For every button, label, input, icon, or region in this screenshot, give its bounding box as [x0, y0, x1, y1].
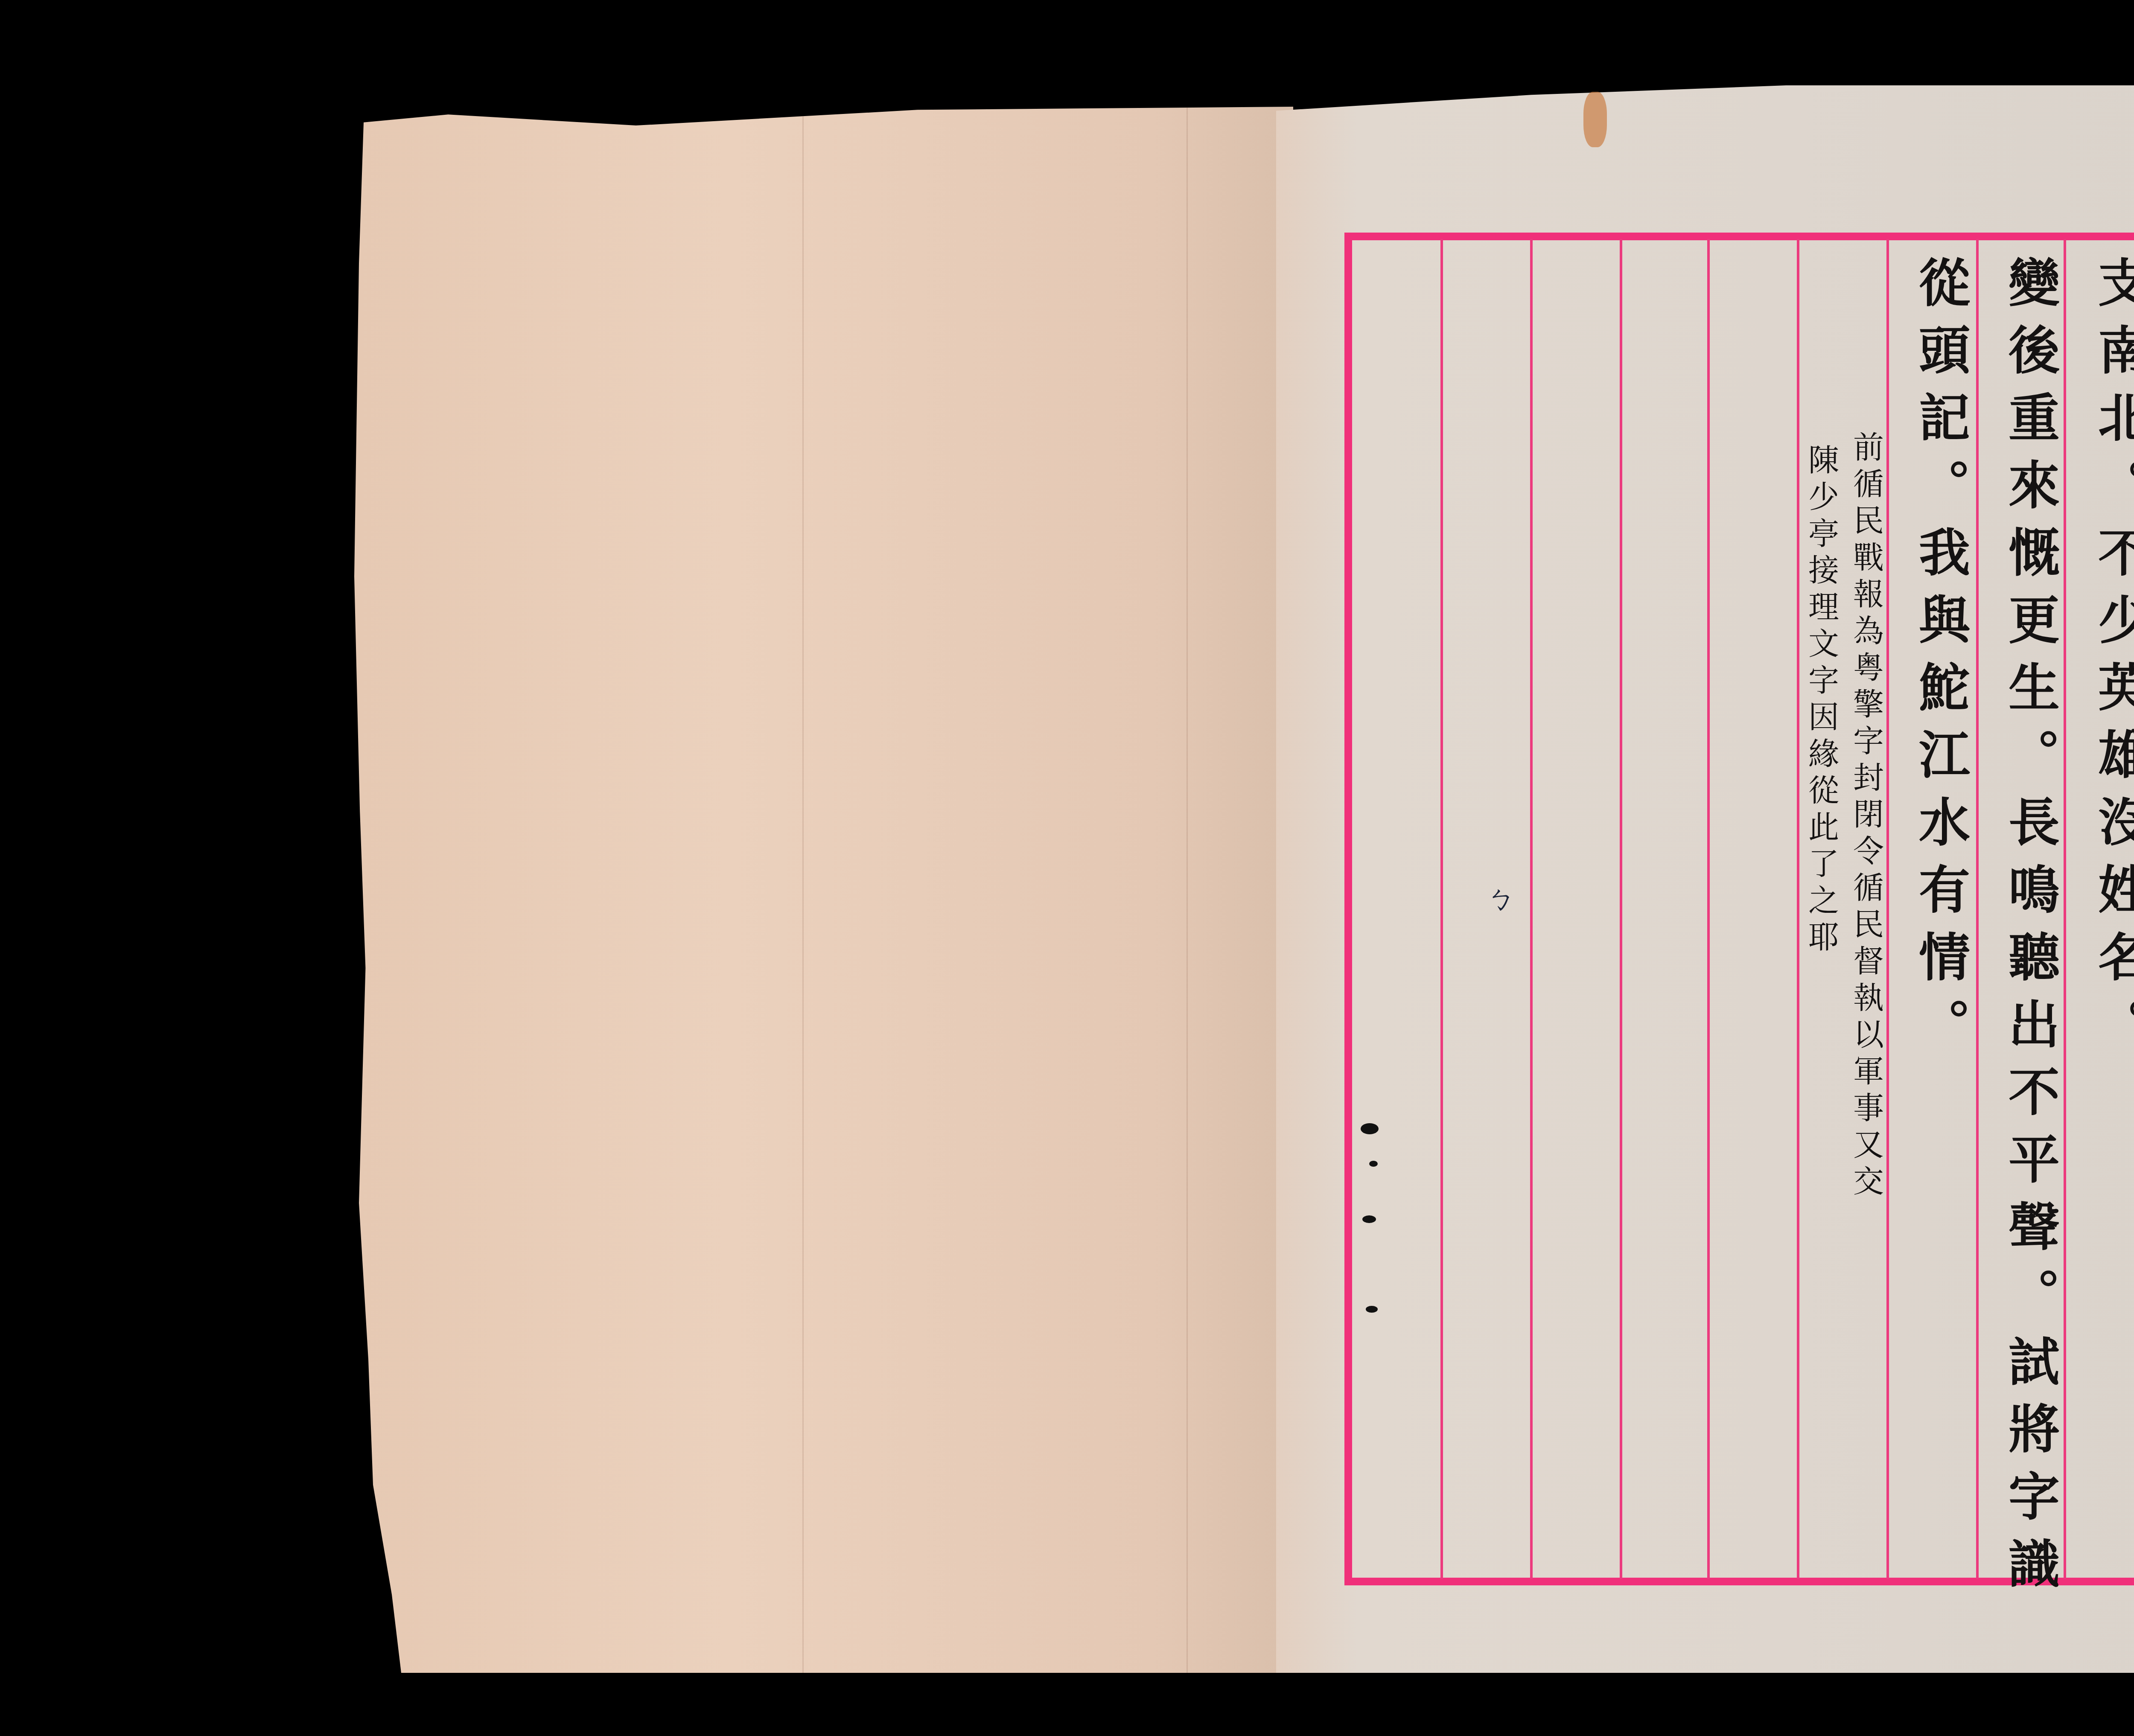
- annotation-left-line: 陳少亭接理文字因緣從此了之耶: [1799, 444, 1843, 958]
- annotation-right-line: 前循民戰報為粤擎字封閉令循民督執以軍事又交: [1844, 431, 1888, 1202]
- page-fold-line: [802, 107, 804, 1673]
- ink-dot: [1366, 1306, 1378, 1313]
- ink-dot: [1361, 1123, 1379, 1134]
- text-column-2: 支南北。不少英雄沒姓名。: [2083, 256, 2134, 1065]
- margin-mark: ㄅ: [1485, 875, 1515, 918]
- text-column-4: 從頭記。我與鮀江水有情。: [1904, 256, 1977, 1065]
- ink-dot: [1362, 1215, 1376, 1223]
- text-column-3: 變後重來慨更生。長鳴聽出不平聲。試將字識: [1993, 256, 2067, 1605]
- ink-dot: [1369, 1161, 1378, 1167]
- column-rule: [1440, 239, 1443, 1579]
- column-rule: [1620, 239, 1622, 1579]
- left-page-blank: [354, 107, 1293, 1673]
- column-rule: [1707, 239, 1710, 1579]
- page-fold-line: [1187, 107, 1188, 1673]
- paper-stain: [1583, 92, 1607, 147]
- column-rule: [1530, 239, 1533, 1579]
